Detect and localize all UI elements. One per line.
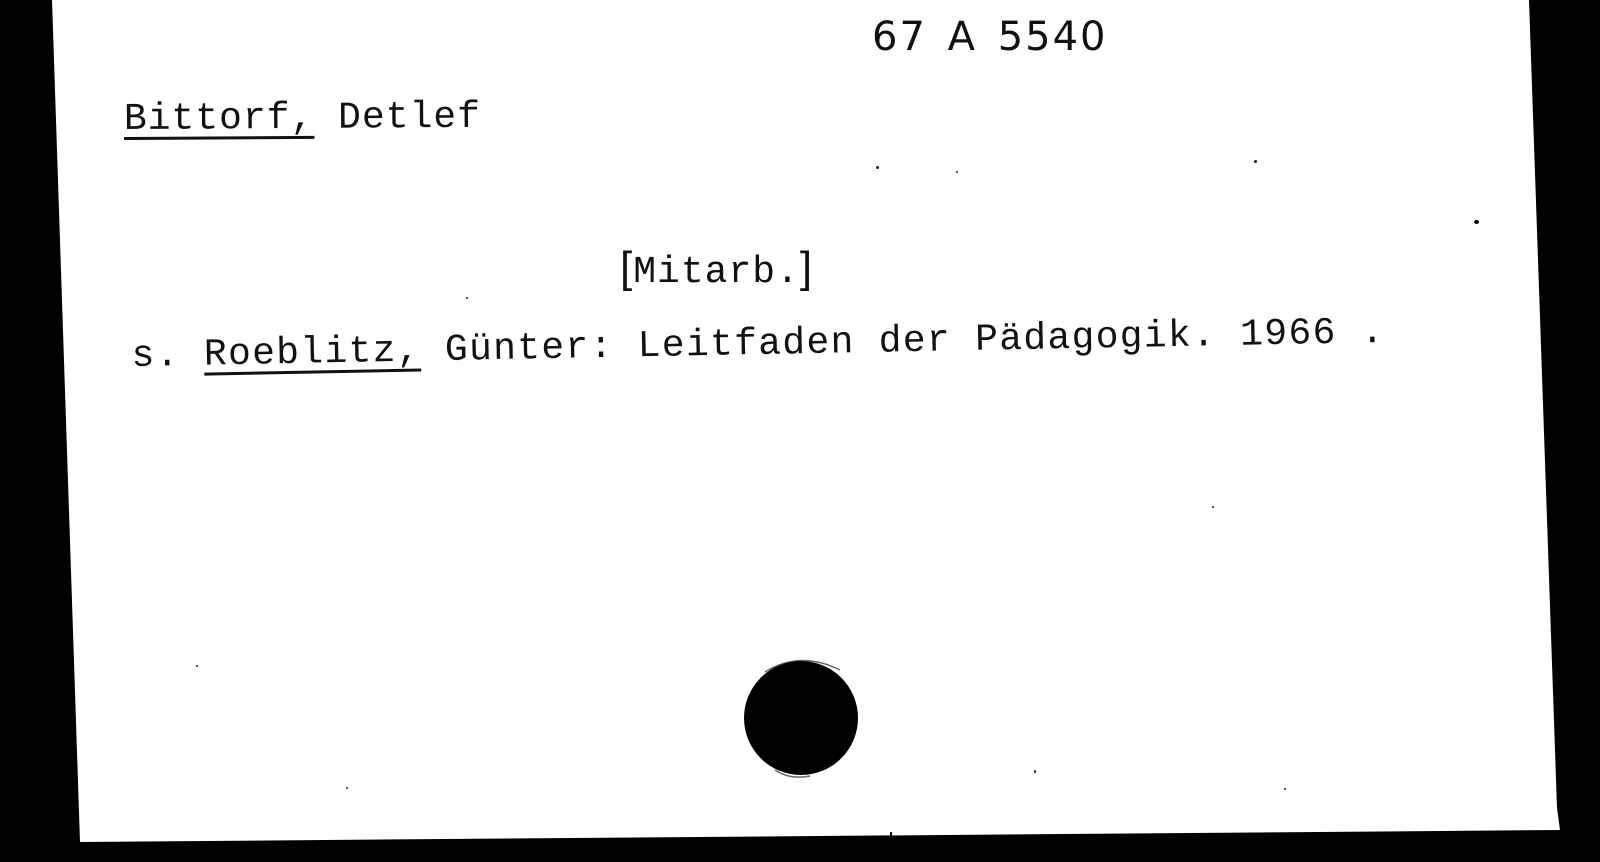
close-bracket: ] <box>800 243 813 292</box>
heading-forename: Detlef <box>338 96 481 140</box>
call-number: 67 A 5540 <box>872 17 1108 57</box>
speck <box>466 297 468 299</box>
punch-hole <box>744 661 858 775</box>
reference-year: 1966 <box>1240 312 1337 357</box>
speck <box>1212 506 1214 508</box>
role-label: Mitarb. <box>633 251 800 294</box>
speck <box>346 787 348 789</box>
reference-author-forename: Günter: <box>445 326 615 372</box>
speck <box>956 171 958 173</box>
speck <box>1474 220 1479 224</box>
speck <box>1034 770 1036 773</box>
speck <box>876 166 879 169</box>
role-designation: [Mitarb.] <box>620 246 813 292</box>
open-bracket: [ <box>620 243 633 292</box>
speck <box>1284 788 1286 790</box>
author-heading: Bittorf, Detlef <box>124 99 481 139</box>
heading-surname: Bittorf, <box>124 97 315 141</box>
see-prefix: s. <box>131 334 180 378</box>
scanned-card-image: 67 A 5540 Bittorf, Detlef [Mitarb.] s. R… <box>0 0 1600 862</box>
speck <box>196 665 198 667</box>
speck <box>1254 160 1257 163</box>
reference-author-surname: Roeblitz, <box>204 329 422 376</box>
reference-terminal: . <box>1360 311 1385 354</box>
